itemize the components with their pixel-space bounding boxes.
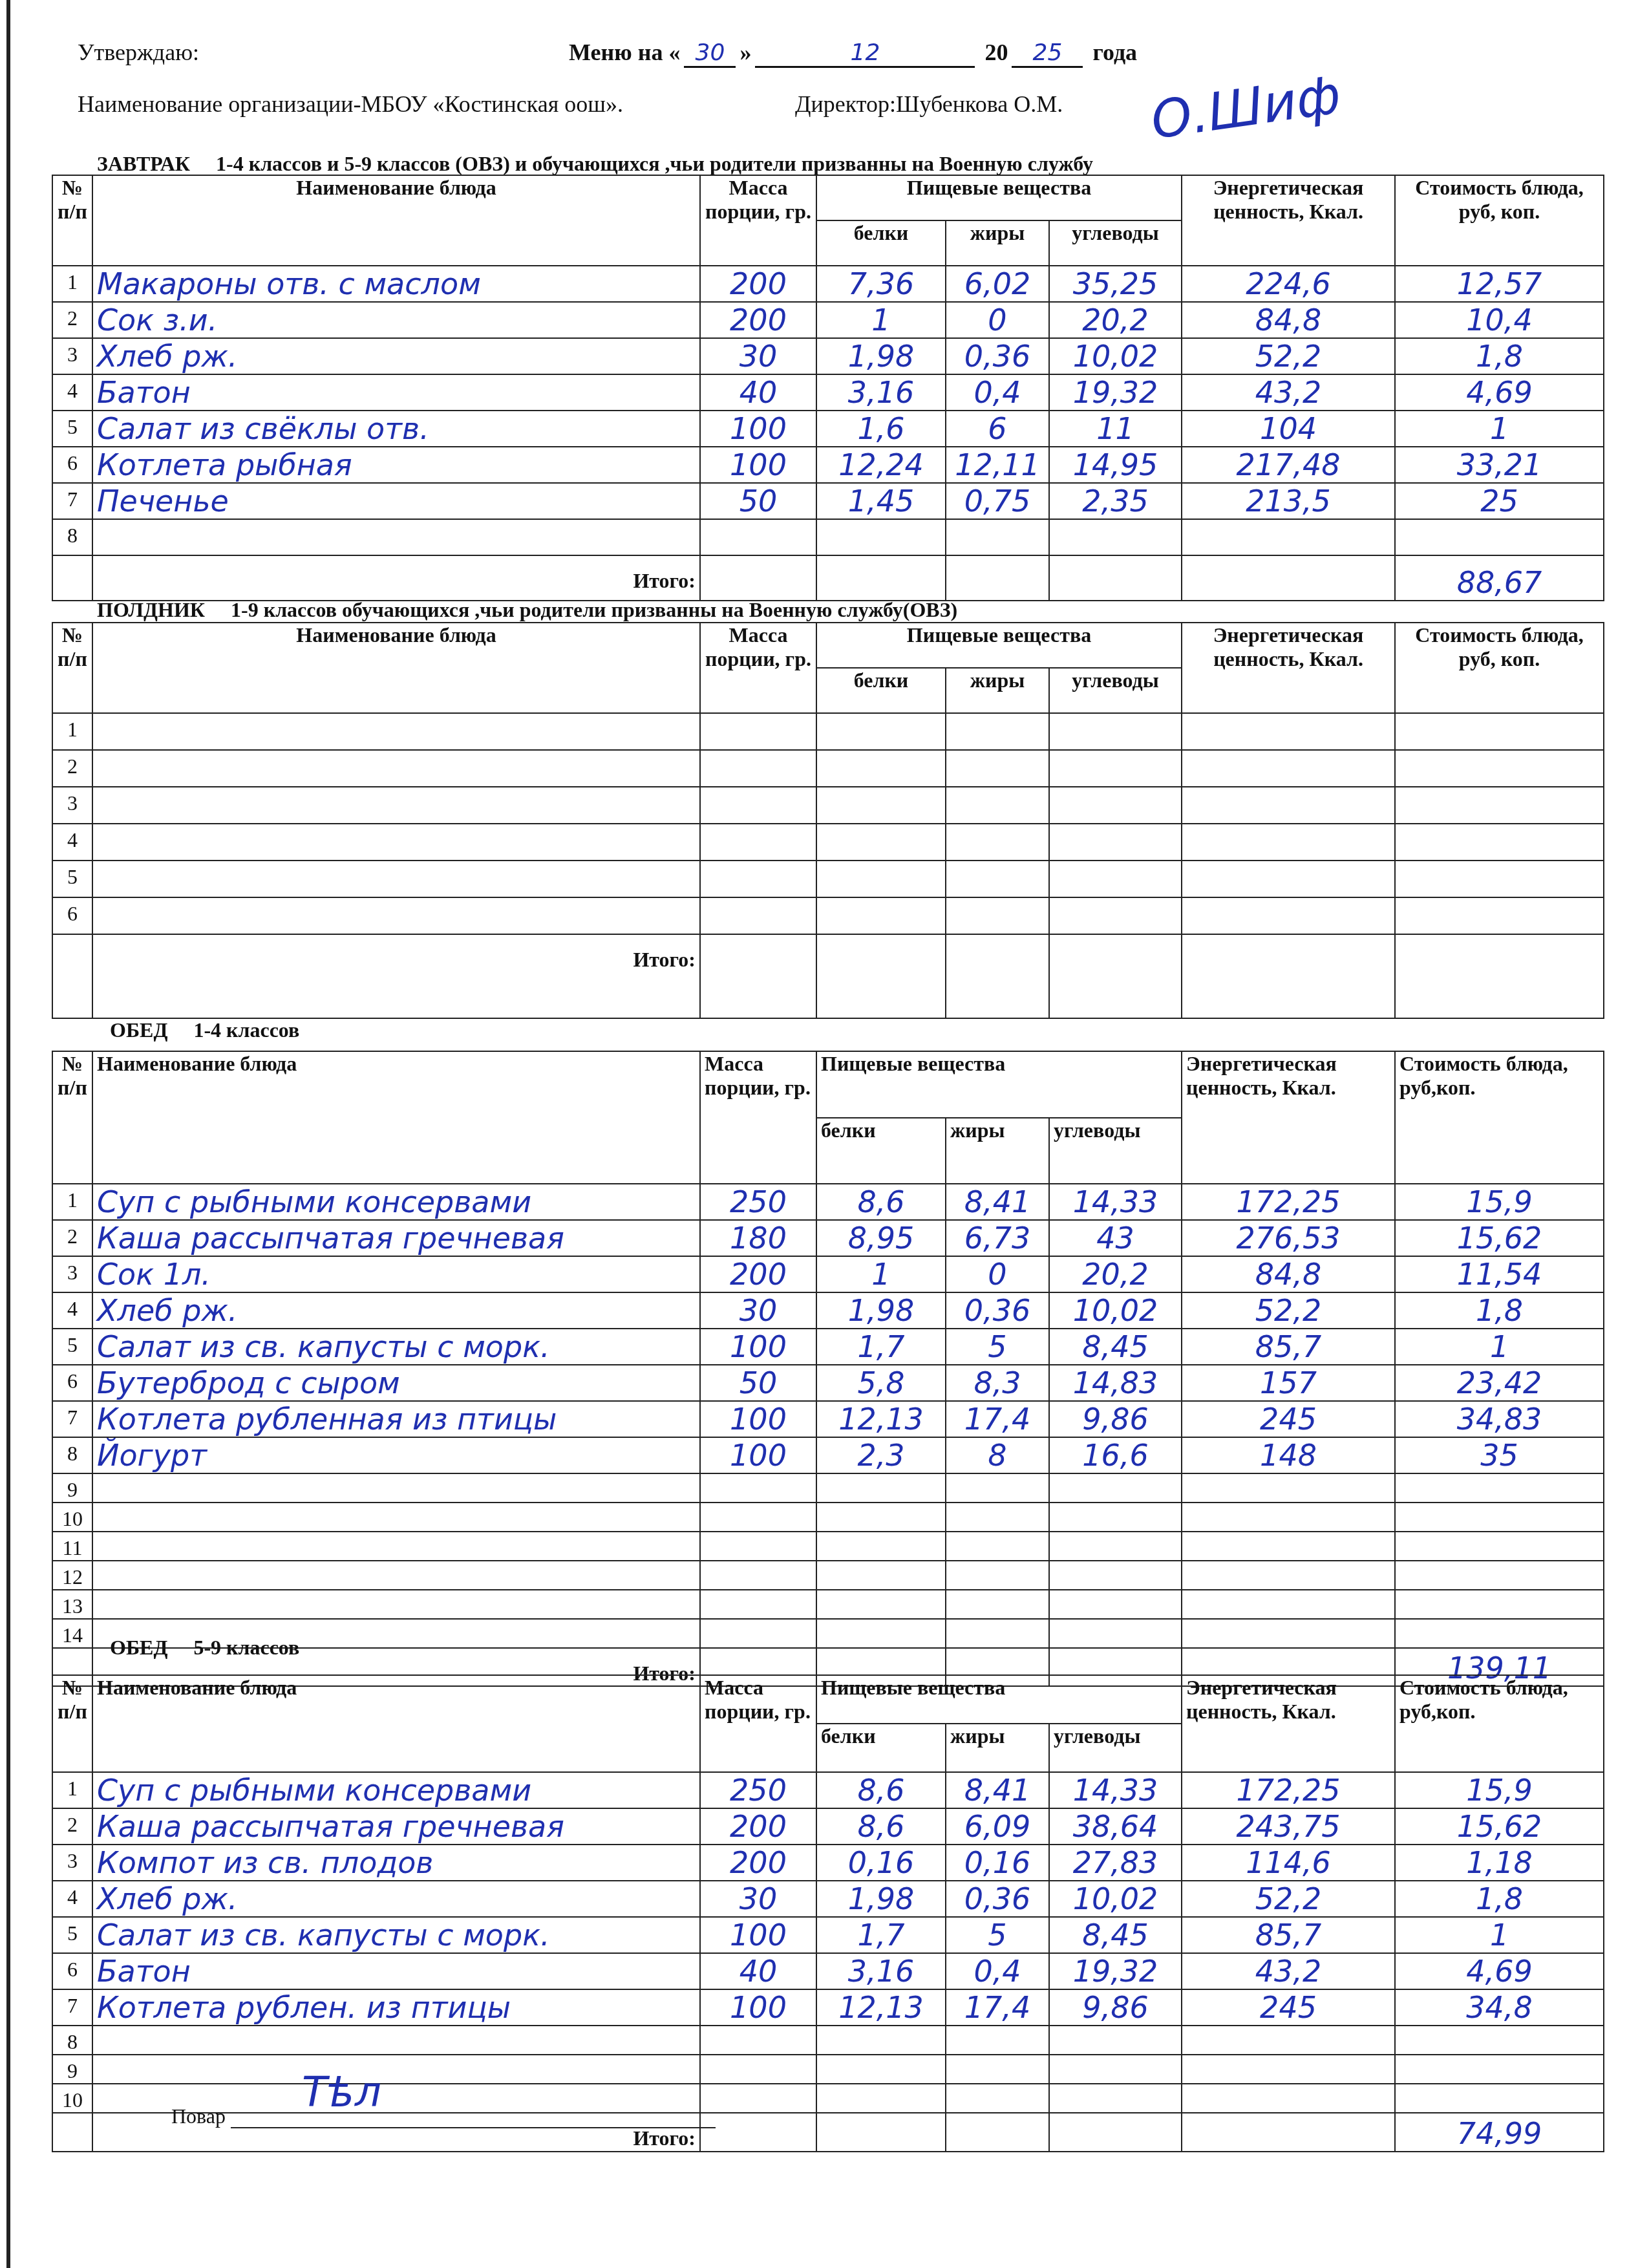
col-nutrients: Пищевые вещества [816, 1051, 1182, 1118]
menu-row: 2 [52, 750, 1604, 787]
col-mass: Масса порции, гр. [700, 623, 816, 713]
cost: 1 [1395, 411, 1604, 447]
cost: 1,8 [1395, 1881, 1604, 1917]
fats: 5 [946, 1917, 1049, 1953]
carbs: 35,25 [1049, 266, 1182, 302]
menu-table: № п/пНаименование блюдаМасса порции, гр.… [52, 175, 1604, 601]
row-number: 6 [52, 447, 92, 483]
dish-name [92, 519, 700, 555]
energy: 104 [1182, 411, 1395, 447]
col-name: Наименование блюда [92, 1675, 700, 1772]
col-proteins: белки [816, 668, 946, 713]
meal-audience: 1-9 классов обучающихся ,чьи родители пр… [231, 598, 957, 621]
carbs: 19,32 [1049, 1953, 1182, 1989]
energy: 52,2 [1182, 338, 1395, 374]
dish-name [92, 824, 700, 861]
row-number: 7 [52, 1401, 92, 1437]
dish-name: Котлета рублен. из птицы [92, 1989, 700, 2026]
dish-name: Печенье [92, 483, 700, 519]
energy [1182, 750, 1395, 787]
cost: 25 [1395, 483, 1604, 519]
menu-row: 6Котлета рыбная10012,2412,1114,95217,483… [52, 447, 1604, 483]
cost: 4,69 [1395, 374, 1604, 411]
dish-name: Суп с рыбными консервами [92, 1184, 700, 1220]
total-cost: 74,99 [1395, 2113, 1604, 2152]
energy: 52,2 [1182, 1292, 1395, 1329]
cost [1395, 861, 1604, 897]
dish-name: Котлета рубленная из птицы [92, 1401, 700, 1437]
cost: 34,83 [1395, 1401, 1604, 1437]
dish-name: Хлеб рж. [92, 1292, 700, 1329]
fats: 0,4 [946, 374, 1049, 411]
menu-row: 4 [52, 824, 1604, 861]
energy: 148 [1182, 1437, 1395, 1473]
total-row: Итого:88,67 [52, 555, 1604, 601]
menu-row: 3Хлеб рж.301,980,3610,0252,21,8 [52, 338, 1604, 374]
portion-mass: 100 [700, 1437, 816, 1473]
fats: 0,16 [946, 1845, 1049, 1881]
meal-name: ПОЛДНИК [97, 598, 205, 621]
proteins [816, 1561, 946, 1590]
fats: 6 [946, 411, 1049, 447]
fats [946, 861, 1049, 897]
energy [1182, 519, 1395, 555]
organization-name: Наименование организации-МБОУ «Костинска… [78, 91, 623, 118]
menu-row: 9 [52, 1473, 1604, 1503]
row-number: 8 [52, 1437, 92, 1473]
dish-name: Хлеб рж. [92, 1881, 700, 1917]
dish-name [92, 1590, 700, 1619]
fats: 17,4 [946, 1401, 1049, 1437]
cost [1395, 2055, 1604, 2084]
total-label: Итого: [92, 555, 700, 601]
carbs: 9,86 [1049, 1989, 1182, 2026]
col-carbs: углеводы [1049, 220, 1182, 266]
proteins [816, 2055, 946, 2084]
portion-mass [700, 1561, 816, 1590]
total-cost [1395, 934, 1604, 1018]
cost: 10,4 [1395, 302, 1604, 338]
cost [1395, 787, 1604, 824]
carbs: 27,83 [1049, 1845, 1182, 1881]
dish-name [92, 897, 700, 934]
menu-row: 5Салат из св. капусты с морк.1001,758,45… [52, 1917, 1604, 1953]
carbs: 38,64 [1049, 1808, 1182, 1845]
meal-name: ОБЕД [110, 1636, 167, 1659]
col-mass: Масса порции, гр. [700, 175, 816, 266]
menu-row: 5 [52, 861, 1604, 897]
proteins: 12,24 [816, 447, 946, 483]
carbs: 14,83 [1049, 1365, 1182, 1401]
approve-label: Утверждаю: [78, 39, 199, 66]
menu-mid: » [739, 39, 751, 65]
total-cost: 88,67 [1395, 555, 1604, 601]
portion-mass: 40 [700, 374, 816, 411]
col-num: № п/п [52, 1051, 92, 1184]
dish-name: Котлета рыбная [92, 447, 700, 483]
proteins: 3,16 [816, 1953, 946, 1989]
carbs: 20,2 [1049, 1256, 1182, 1292]
menu-table: № п/пНаименование блюдаМасса порции, гр.… [52, 1051, 1604, 1687]
proteins [816, 897, 946, 934]
carbs [1049, 897, 1182, 934]
carbs: 43 [1049, 1220, 1182, 1256]
carbs: 8,45 [1049, 1917, 1182, 1953]
proteins: 8,6 [816, 1184, 946, 1220]
proteins: 1,98 [816, 1292, 946, 1329]
col-proteins: белки [816, 1118, 946, 1184]
row-number: 6 [52, 897, 92, 934]
energy: 245 [1182, 1401, 1395, 1437]
row-number: 2 [52, 750, 92, 787]
col-fats: жиры [946, 1118, 1049, 1184]
proteins: 7,36 [816, 266, 946, 302]
carbs: 19,32 [1049, 374, 1182, 411]
row-number: 10 [52, 2084, 92, 2113]
carbs [1049, 1590, 1182, 1619]
portion-mass: 200 [700, 266, 816, 302]
cost: 15,9 [1395, 1772, 1604, 1808]
row-number: 4 [52, 374, 92, 411]
row-number: 7 [52, 483, 92, 519]
director-name: Директор:Шубенкова О.М. [795, 91, 1063, 118]
col-nutrients: Пищевые вещества [816, 623, 1182, 668]
fats [946, 519, 1049, 555]
proteins [816, 519, 946, 555]
portion-mass [700, 519, 816, 555]
menu-month: 12 [755, 39, 975, 68]
proteins [816, 2084, 946, 2113]
energy [1182, 1561, 1395, 1590]
carbs: 14,95 [1049, 447, 1182, 483]
dish-name [92, 787, 700, 824]
col-name: Наименование блюда [92, 175, 700, 266]
portion-mass [700, 1590, 816, 1619]
col-carbs: углеводы [1049, 1118, 1182, 1184]
col-num: № п/п [52, 623, 92, 713]
proteins [816, 713, 946, 750]
fats [946, 2084, 1049, 2113]
portion-mass: 200 [700, 1845, 816, 1881]
proteins [816, 861, 946, 897]
col-cost: Стоимость блюда, руб, коп. [1395, 623, 1604, 713]
energy: 84,8 [1182, 1256, 1395, 1292]
cost [1395, 1619, 1604, 1648]
carbs: 10,02 [1049, 1881, 1182, 1917]
proteins [816, 824, 946, 861]
menu-row: 3 [52, 787, 1604, 824]
row-number: 1 [52, 713, 92, 750]
proteins: 1 [816, 302, 946, 338]
portion-mass [700, 1532, 816, 1561]
carbs: 10,02 [1049, 1292, 1182, 1329]
fats: 0,36 [946, 338, 1049, 374]
fats: 0 [946, 302, 1049, 338]
cost: 1 [1395, 1917, 1604, 1953]
menu-prefix: Меню на « [569, 39, 680, 65]
dish-name: Батон [92, 1953, 700, 1989]
fats: 6,02 [946, 266, 1049, 302]
energy: 213,5 [1182, 483, 1395, 519]
dish-name [92, 1473, 700, 1503]
energy: 43,2 [1182, 374, 1395, 411]
portion-mass [700, 1503, 816, 1532]
carbs [1049, 519, 1182, 555]
portion-mass [700, 787, 816, 824]
director-signature: О.Шиф [1147, 65, 1344, 151]
fats [946, 1590, 1049, 1619]
energy: 114,6 [1182, 1845, 1395, 1881]
proteins: 2,3 [816, 1437, 946, 1473]
col-num: № п/п [52, 1675, 92, 1772]
row-number: 9 [52, 1473, 92, 1503]
cost: 1 [1395, 1329, 1604, 1365]
row-number: 1 [52, 1184, 92, 1220]
portion-mass: 200 [700, 1808, 816, 1845]
row-number: 10 [52, 1503, 92, 1532]
fats [946, 824, 1049, 861]
dish-name: Сок з.и. [92, 302, 700, 338]
fats: 0,4 [946, 1953, 1049, 1989]
dish-name: Хлеб рж. [92, 338, 700, 374]
portion-mass: 30 [700, 1292, 816, 1329]
cost [1395, 1532, 1604, 1561]
carbs: 8,45 [1049, 1329, 1182, 1365]
portion-mass [700, 897, 816, 934]
dish-name [92, 861, 700, 897]
row-number: 5 [52, 1329, 92, 1365]
energy [1182, 2084, 1395, 2113]
menu-row: 3Сок 1л.2001020,284,811,54 [52, 1256, 1604, 1292]
carbs: 16,6 [1049, 1437, 1182, 1473]
portion-mass [700, 2084, 816, 2113]
energy [1182, 1619, 1395, 1648]
portion-mass: 50 [700, 1365, 816, 1401]
carbs [1049, 2084, 1182, 2113]
col-energy: Энергетическая ценность, Ккал. [1182, 175, 1395, 266]
col-carbs: углеводы [1049, 1724, 1182, 1772]
fats: 8,41 [946, 1772, 1049, 1808]
meal-name: ОБЕД [110, 1018, 167, 1042]
fats: 17,4 [946, 1989, 1049, 2026]
col-carbs: углеводы [1049, 668, 1182, 713]
energy [1182, 2026, 1395, 2055]
proteins: 8,95 [816, 1220, 946, 1256]
cost [1395, 897, 1604, 934]
energy [1182, 787, 1395, 824]
portion-mass [700, 1619, 816, 1648]
proteins [816, 1532, 946, 1561]
energy: 43,2 [1182, 1953, 1395, 1989]
scan-page-edge [6, 0, 10, 2268]
energy: 172,25 [1182, 1184, 1395, 1220]
menu-row: 8 [52, 2026, 1604, 2055]
dish-name: Каша рассыпчатая гречневая [92, 1220, 700, 1256]
row-number: 9 [52, 2055, 92, 2084]
proteins: 8,6 [816, 1808, 946, 1845]
energy: 245 [1182, 1989, 1395, 2026]
carbs [1049, 1532, 1182, 1561]
cost: 33,21 [1395, 447, 1604, 483]
meal-audience: 1-4 классов [193, 1018, 299, 1042]
fats: 6,09 [946, 1808, 1049, 1845]
row-number: 13 [52, 1590, 92, 1619]
menu-row: 10 [52, 1503, 1604, 1532]
cost: 15,62 [1395, 1808, 1604, 1845]
portion-mass [700, 1473, 816, 1503]
dish-name: Салат из св. капусты с морк. [92, 1329, 700, 1365]
carbs [1049, 1561, 1182, 1590]
dish-name [92, 2055, 700, 2084]
proteins: 1,7 [816, 1917, 946, 1953]
fats [946, 713, 1049, 750]
cost [1395, 519, 1604, 555]
carbs: 2,35 [1049, 483, 1182, 519]
col-mass: Масса порции, гр. [700, 1051, 816, 1184]
cost: 34,8 [1395, 1989, 1604, 2026]
proteins [816, 1619, 946, 1648]
row-number: 6 [52, 1953, 92, 1989]
row-number: 12 [52, 1561, 92, 1590]
fats [946, 1619, 1049, 1648]
proteins: 8,6 [816, 1772, 946, 1808]
cost [1395, 824, 1604, 861]
proteins: 5,8 [816, 1365, 946, 1401]
carbs [1049, 861, 1182, 897]
col-nutrients: Пищевые вещества [816, 175, 1182, 220]
menu-row: 1Суп с рыбными консервами2508,68,4114,33… [52, 1184, 1604, 1220]
row-number: 1 [52, 266, 92, 302]
portion-mass: 180 [700, 1220, 816, 1256]
fats [946, 2026, 1049, 2055]
fats: 0,36 [946, 1881, 1049, 1917]
dish-name [92, 1561, 700, 1590]
cost: 23,42 [1395, 1365, 1604, 1401]
fats: 12,11 [946, 447, 1049, 483]
energy: 157 [1182, 1365, 1395, 1401]
cost [1395, 2026, 1604, 2055]
proteins [816, 2026, 946, 2055]
meal-name: ЗАВТРАК [97, 152, 190, 175]
menu-row: 8Йогурт1002,3816,614835 [52, 1437, 1604, 1473]
menu-row: 3Компот из св. плодов2000,160,1627,83114… [52, 1845, 1604, 1881]
col-energy: Энергетическая ценность, Ккал. [1182, 1051, 1395, 1184]
section-title: ОБЕД5-9 классов [110, 1636, 299, 1660]
cook-signature-line: Повар Тѣл [171, 2104, 716, 2128]
cost [1395, 713, 1604, 750]
cook-signature: Тѣл [302, 2069, 381, 2117]
fats [946, 1532, 1049, 1561]
dish-name: Салат из свёклы отв. [92, 411, 700, 447]
row-number: 2 [52, 302, 92, 338]
fats [946, 897, 1049, 934]
proteins [816, 1503, 946, 1532]
row-number: 3 [52, 787, 92, 824]
energy [1182, 897, 1395, 934]
portion-mass [700, 2026, 816, 2055]
dish-name: Бутерброд с сыром [92, 1365, 700, 1401]
fats: 0,75 [946, 483, 1049, 519]
row-number: 3 [52, 1256, 92, 1292]
carbs: 14,33 [1049, 1772, 1182, 1808]
dish-name: Каша рассыпчатая гречневая [92, 1808, 700, 1845]
portion-mass: 100 [700, 411, 816, 447]
cost [1395, 2084, 1604, 2113]
dish-name [92, 713, 700, 750]
carbs: 9,86 [1049, 1401, 1182, 1437]
col-fats: жиры [946, 668, 1049, 713]
dish-name: Сок 1л. [92, 1256, 700, 1292]
cost [1395, 1561, 1604, 1590]
menu-row: 12 [52, 1561, 1604, 1590]
menu-row: 9 [52, 2055, 1604, 2084]
menu-row: 2Каша рассыпчатая гречневая1808,956,7343… [52, 1220, 1604, 1256]
proteins: 0,16 [816, 1845, 946, 1881]
cost: 1,8 [1395, 338, 1604, 374]
energy [1182, 713, 1395, 750]
dish-name: Макароны отв. с маслом [92, 266, 700, 302]
proteins: 1,6 [816, 411, 946, 447]
portion-mass: 250 [700, 1184, 816, 1220]
energy [1182, 1532, 1395, 1561]
cost [1395, 750, 1604, 787]
cost: 4,69 [1395, 1953, 1604, 1989]
proteins [816, 1590, 946, 1619]
energy: 85,7 [1182, 1329, 1395, 1365]
dish-name [92, 2026, 700, 2055]
col-fats: жиры [946, 220, 1049, 266]
menu-row: 2Каша рассыпчатая гречневая2008,66,0938,… [52, 1808, 1604, 1845]
total-row: Итого: [52, 934, 1604, 1018]
menu-row: 7Котлета рублен. из птицы10012,1317,49,8… [52, 1989, 1604, 2026]
cost [1395, 1503, 1604, 1532]
row-number: 8 [52, 519, 92, 555]
menu-row: 2Сок з.и.2001020,284,810,4 [52, 302, 1604, 338]
carbs [1049, 713, 1182, 750]
col-name: Наименование блюда [92, 1051, 700, 1184]
portion-mass [700, 861, 816, 897]
menu-date-line: Меню на «30»12 2025 года [569, 39, 1137, 68]
energy [1182, 861, 1395, 897]
proteins: 1,7 [816, 1329, 946, 1365]
energy: 243,75 [1182, 1808, 1395, 1845]
year-prefix: 20 [984, 39, 1008, 65]
row-number: 4 [52, 1881, 92, 1917]
meal-audience: 1-4 классов и 5-9 классов (ОВЗ) и обучаю… [216, 152, 1093, 175]
row-number: 8 [52, 2026, 92, 2055]
fats [946, 1473, 1049, 1503]
col-energy: Энергетическая ценность, Ккал. [1182, 1675, 1395, 1772]
row-number: 5 [52, 1917, 92, 1953]
portion-mass: 100 [700, 1401, 816, 1437]
portion-mass: 50 [700, 483, 816, 519]
proteins: 1,98 [816, 338, 946, 374]
carbs [1049, 2026, 1182, 2055]
carbs [1049, 1619, 1182, 1648]
menu-row: 6Бутерброд с сыром505,88,314,8315723,42 [52, 1365, 1604, 1401]
portion-mass [700, 713, 816, 750]
proteins [816, 787, 946, 824]
cost: 12,57 [1395, 266, 1604, 302]
menu-row: 6 [52, 897, 1604, 934]
energy [1182, 1590, 1395, 1619]
proteins [816, 1473, 946, 1503]
fats: 0 [946, 1256, 1049, 1292]
row-number: 2 [52, 1808, 92, 1845]
dish-name [92, 1503, 700, 1532]
menu-row: 7Печенье501,450,752,35213,525 [52, 483, 1604, 519]
menu-row: 4Хлеб рж.301,980,3610,0252,21,8 [52, 1881, 1604, 1917]
